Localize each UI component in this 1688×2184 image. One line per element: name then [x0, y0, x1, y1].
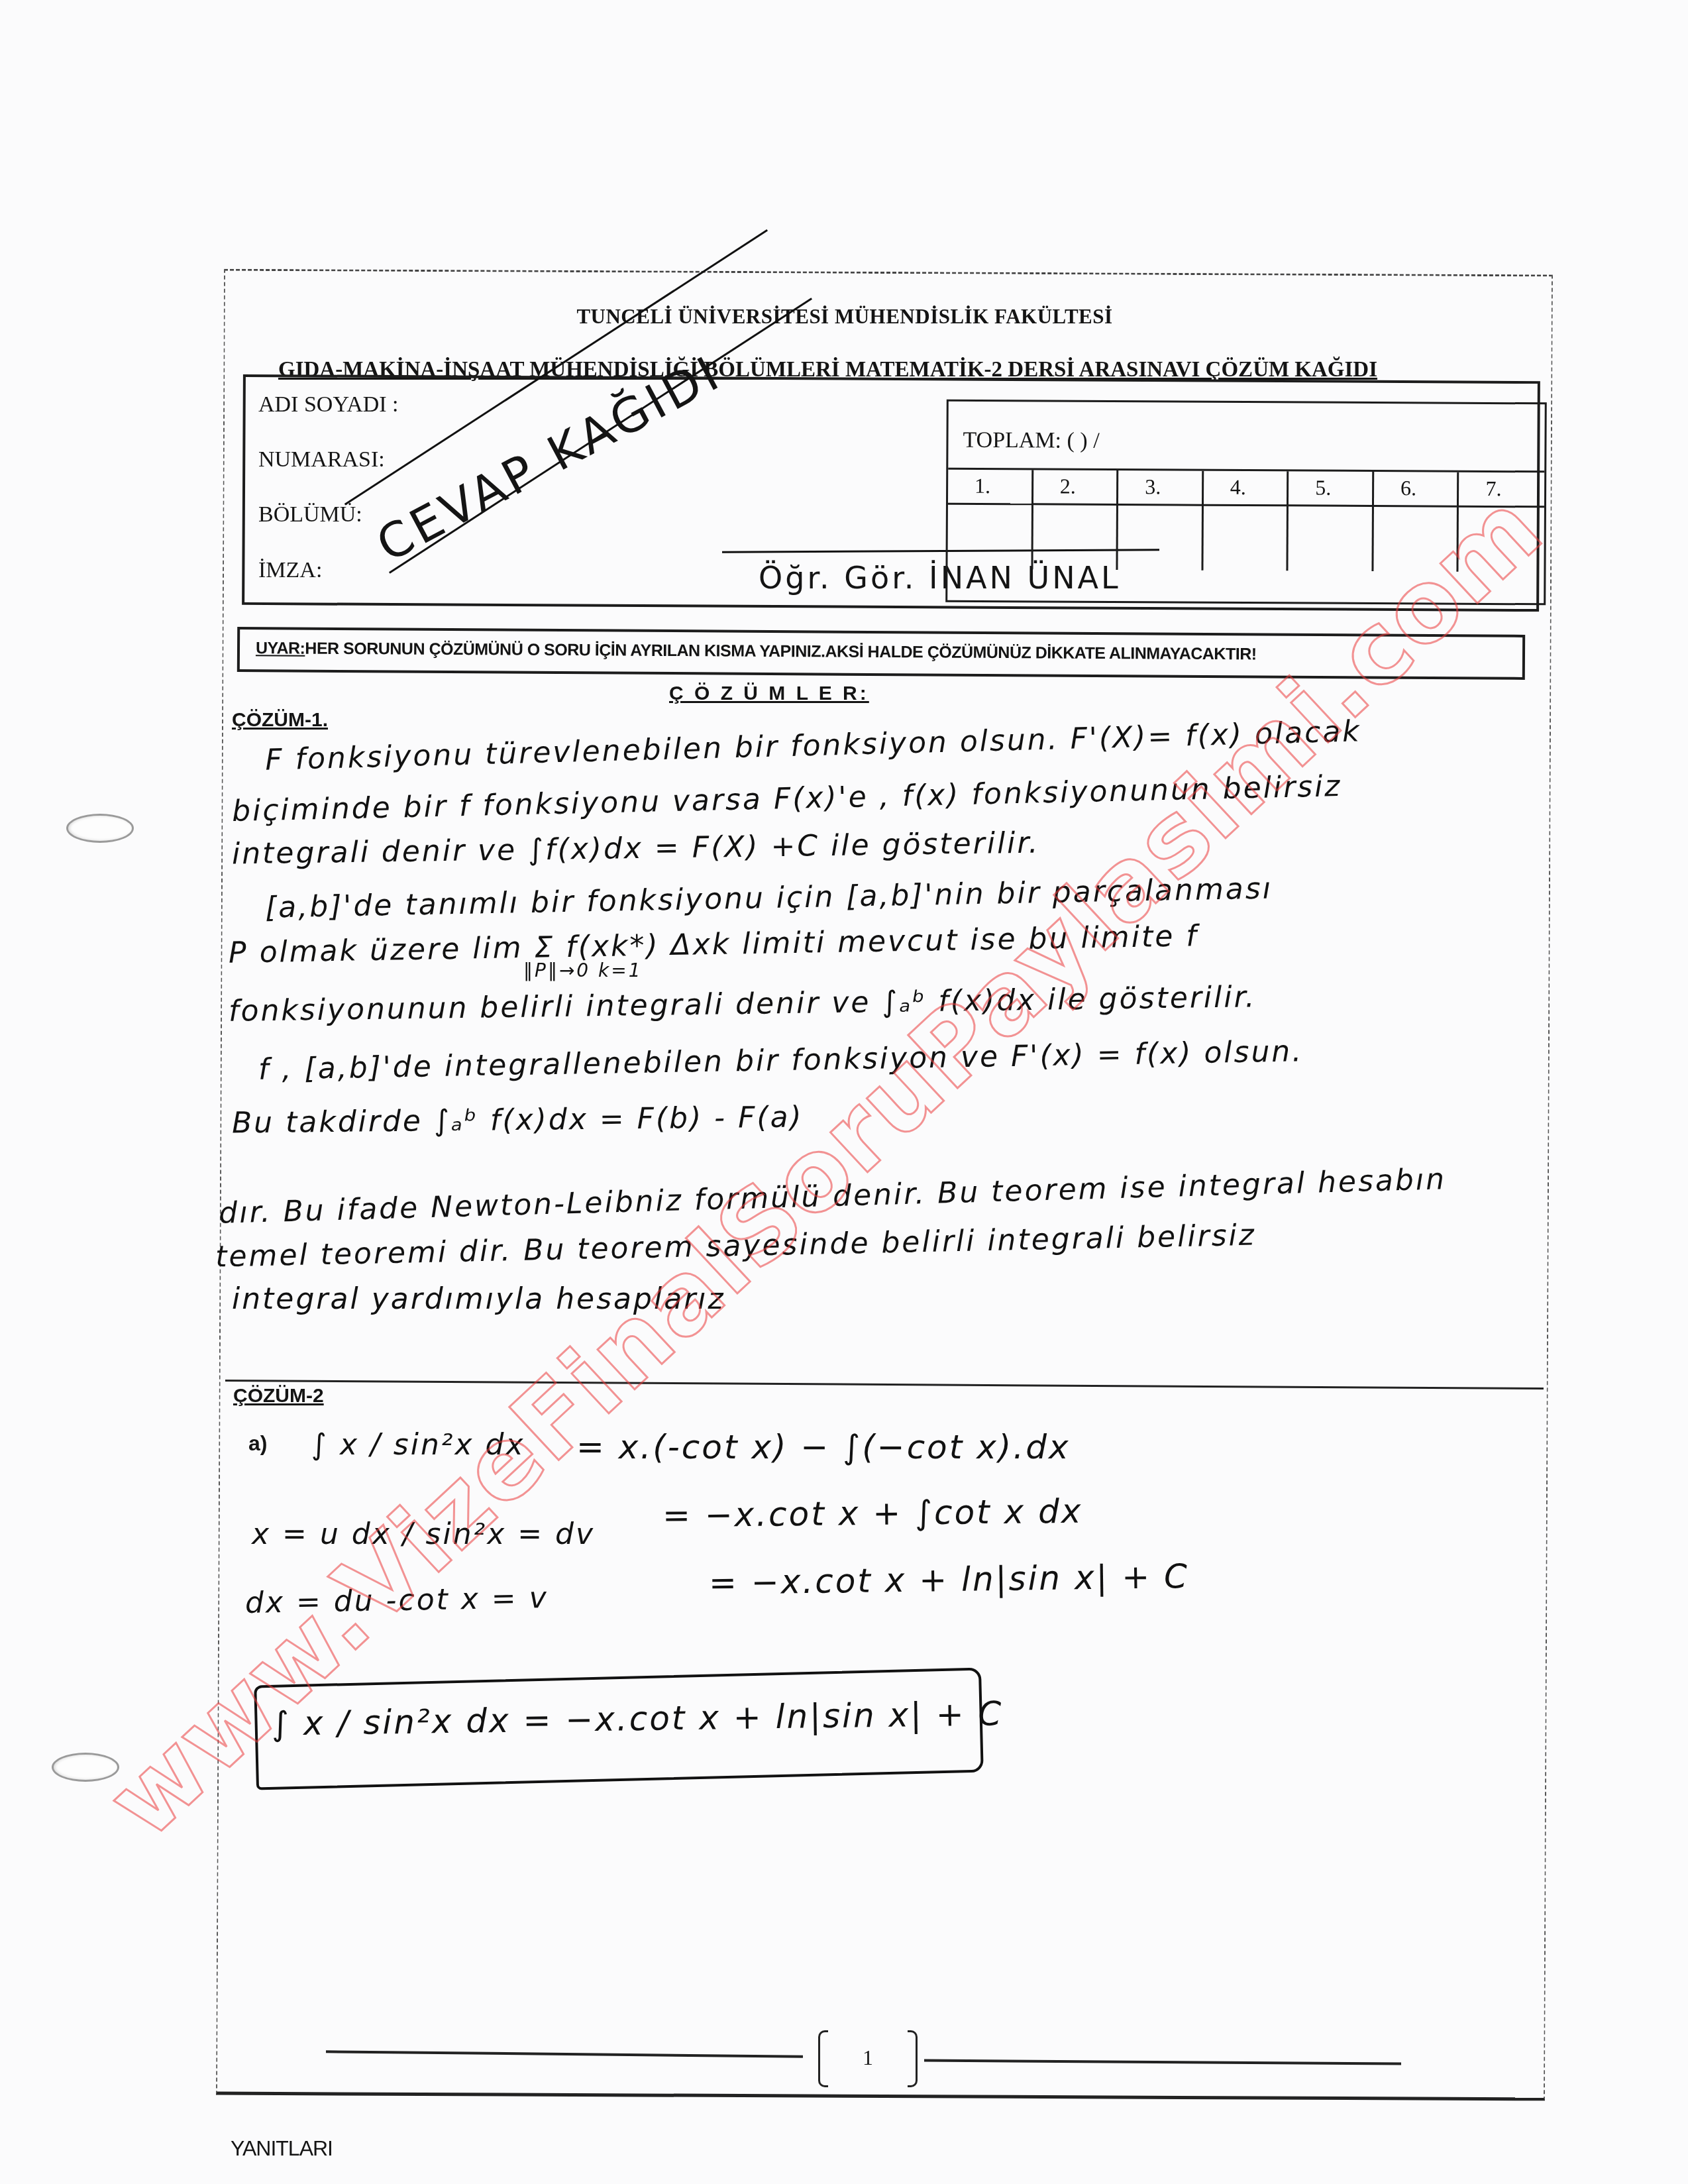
solution-1-limit-subscript: ‖P‖→0 k=1	[523, 959, 643, 981]
number-label: NUMARASI:	[258, 447, 385, 472]
warning-body: HER SORUNUN ÇÖZÜMÜNÜ O SORU İÇİN AYRILAN…	[305, 639, 1256, 664]
score-cell-q3: 3.	[1118, 470, 1204, 571]
solution-1-line: Bu takdirde ∫ₐᵇ f(x)dx = F(b) - F(a)	[232, 1100, 804, 1140]
solution-2-right-line: = x.(-cot x) − ∫(−cot x).dx	[576, 1428, 1071, 1466]
university-header: TUNCELİ ÜNİVERSİTESİ MÜHENDİSLİK FAKÜLTE…	[199, 305, 1491, 329]
solution-2-heading: ÇÖZÜM-2	[233, 1385, 324, 1407]
punch-hole	[66, 814, 134, 843]
footer-label: YANITLARI	[231, 2136, 333, 2161]
total-label: TOPLAM: ( ) /	[963, 428, 1099, 454]
signature-label: İMZA:	[258, 558, 322, 583]
score-cell-q1: 1.	[947, 470, 1033, 570]
score-cell-q4: 4.	[1203, 471, 1289, 571]
solution-2-right-line: = −x.cot x + ln|sin x| + C	[709, 1557, 1190, 1602]
score-cell-q5: 5.	[1289, 471, 1374, 571]
warning-prefix: UYAR:	[256, 639, 305, 657]
name-label: ADI SOYADI :	[258, 392, 399, 417]
solutions-heading: Ç Ö Z Ü M L E R:	[669, 682, 869, 705]
score-cell-q2: 2.	[1033, 470, 1118, 570]
page-number: 1	[818, 2034, 918, 2081]
solution-2-right-line: = −x.cot x + ∫cot x dx	[662, 1492, 1083, 1535]
warning-text: UYAR:HER SORUNUN ÇÖZÜMÜNÜ O SORU İÇİN AY…	[256, 639, 1257, 664]
solution-1-heading: ÇÖZÜM-1.	[232, 709, 328, 732]
part-a-label: a)	[248, 1431, 267, 1456]
